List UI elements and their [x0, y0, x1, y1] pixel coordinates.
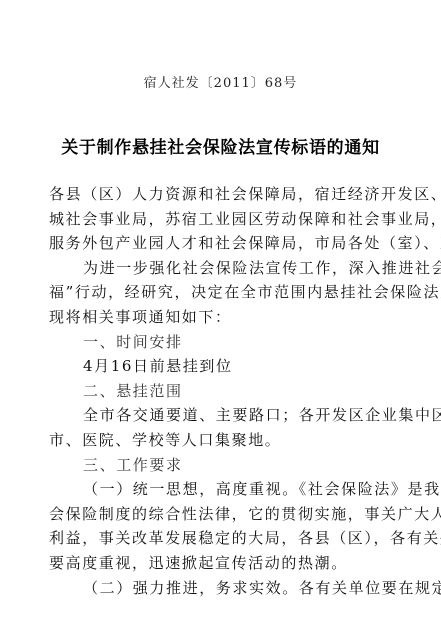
document-body: 各县（区）人力资源和社会保障局，宿迁经济开发区、市湖滨新 城社会事业局，苏宿工业… — [49, 182, 391, 600]
body-line: 全市各交通要道、主要路口；各开发区企业集中区；大型超 — [49, 403, 391, 428]
body-line: 服务外包产业园人才和社会保障局，市局各处（室）、直属各单位： — [49, 231, 391, 256]
body-line: 各县（区）人力资源和社会保障局，宿迁经济开发区、市湖滨新 — [49, 182, 391, 207]
section-heading: 二、悬挂范围 — [49, 379, 391, 404]
document-page: 宿人社发〔2011〕68号 关于制作悬挂社会保险法宣传标语的通知 各县（区）人力… — [0, 0, 441, 625]
body-line: 会保险制度的综合性法律，它的贯彻实施，事关广大人民的切身 — [49, 502, 391, 527]
body-line: 福”行动，经研究，决定在全市范围内悬挂社会保险法宣传标语， — [49, 280, 391, 305]
page-number: 1 — [0, 582, 441, 592]
body-line: 要高度重视，迅速掀起宣传活动的热潮。 — [49, 551, 391, 576]
body-line: 为进一步强化社会保险法宣传工作，深入推进社会保险“幸 — [49, 256, 391, 281]
body-line: 城社会事业局，苏宿工业园区劳动保障和社会事业局，市软件与 — [49, 207, 391, 232]
body-line: 现将相关事项通知如下： — [49, 305, 391, 330]
body-line: 市、医院、学校等人口集聚地。 — [49, 428, 391, 453]
body-line: 4月16日前悬挂到位 — [49, 354, 391, 379]
body-line: 利益，事关改革发展稳定的大局，各县（区），各有关处室、单位 — [49, 526, 391, 551]
section-heading: 一、时间安排 — [49, 330, 391, 355]
document-title: 关于制作悬挂社会保险法宣传标语的通知 — [0, 138, 441, 158]
body-line: （一）统一思想，高度重视。《社会保险法》是我国第一部社 — [49, 477, 391, 502]
section-heading: 三、工作要求 — [49, 453, 391, 478]
document-number: 宿人社发〔2011〕68号 — [0, 76, 441, 92]
